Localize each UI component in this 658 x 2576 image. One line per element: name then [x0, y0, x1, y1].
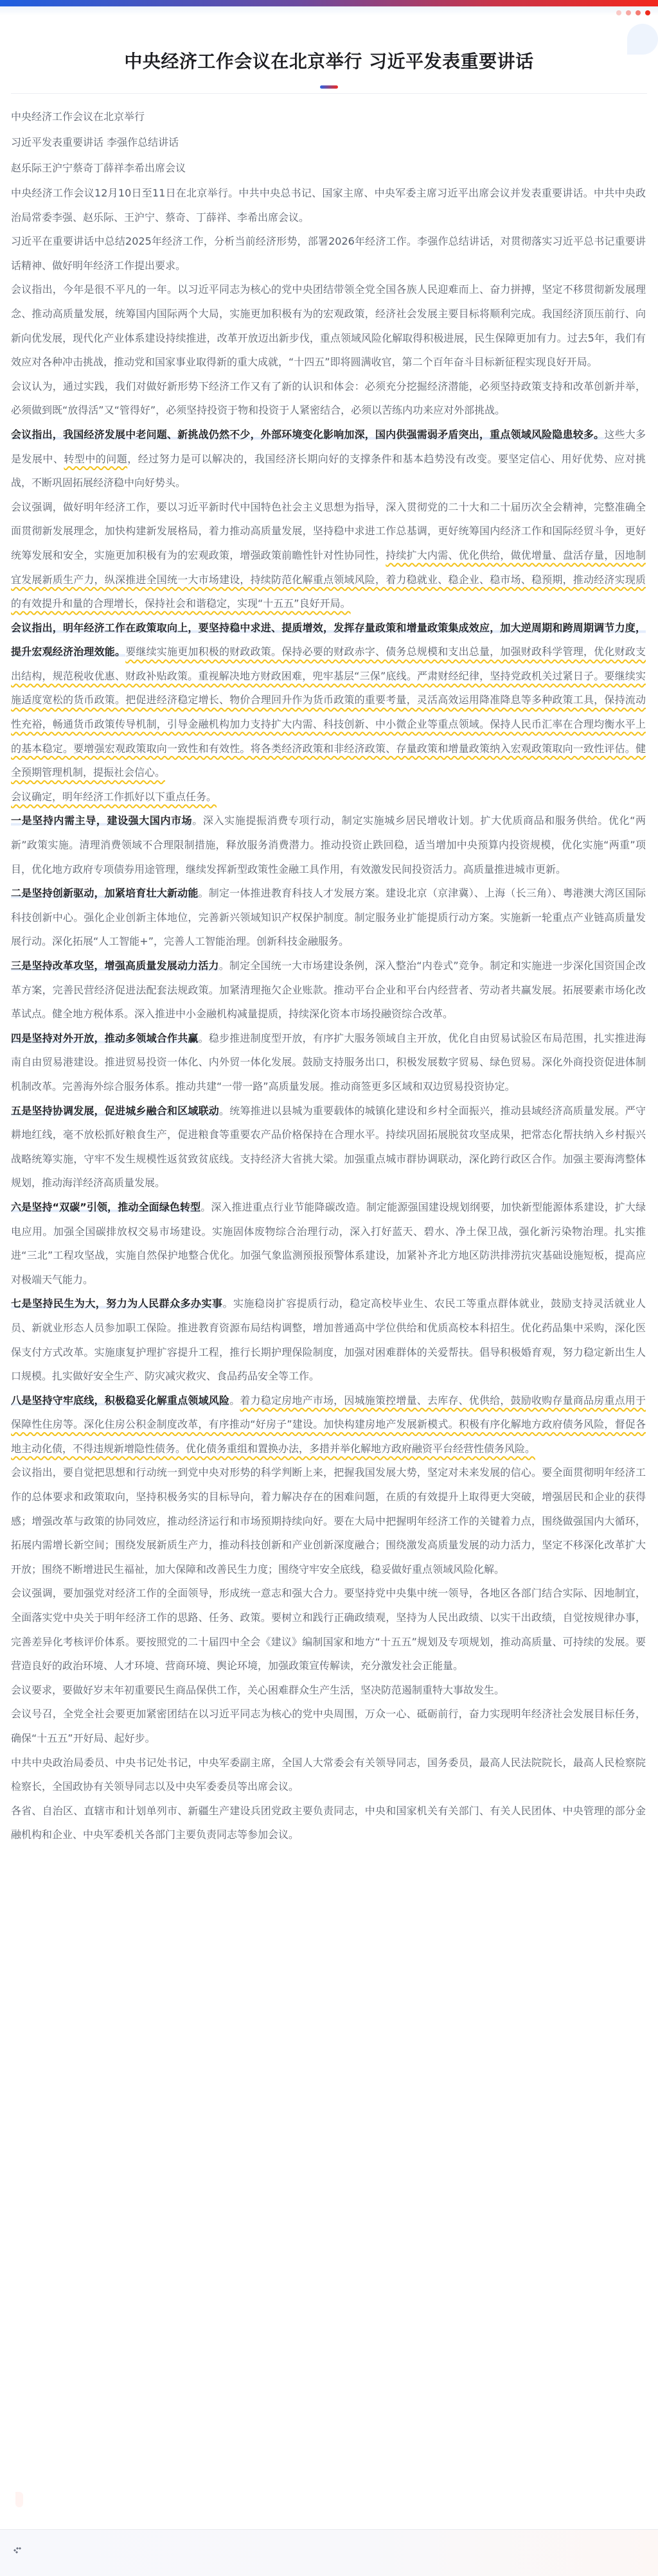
paragraph: 习近平在重要讲话中总结2025年经济工作，分析当前经济形势，部署2026年经济工…: [11, 229, 646, 277]
page-title: 中央经济工作会议在北京举行 习近平发表重要讲话: [0, 49, 658, 74]
paragraph: 会议认为，通过实践，我们对做好新形势下经济工作又有了新的认识和体会：必须充分挖掘…: [11, 374, 646, 423]
page-footer: [0, 2529, 658, 2576]
paragraph: 四是坚持对外开放，推动多领域合作共赢。稳步推进制度型开放，有序扩大服务领域自主开…: [11, 1026, 646, 1099]
paragraph: 会议要求，要做好岁末年初重要民生商品保供工作，关心困难群众生产生活，坚决防范遏制…: [11, 1678, 646, 1703]
body-text: 。统筹推进以县城为重要载体的城镇化建设和乡村全面振兴，推动县域经济高质量发展。严…: [11, 1105, 646, 1189]
dot-icon: [616, 10, 621, 15]
article-header: 中央经济工作会议在北京举行 习近平发表重要讲话: [0, 6, 658, 89]
bold-heading: 三是坚持改革攻坚，增强高质量发展动力活力: [11, 959, 219, 972]
paragraph: 会议指出，今年是很不平凡的一年。以习近平同志为核心的党中央团结带领全党全国各族人…: [11, 277, 646, 374]
paragraph-list: 中央经济工作会议12月10日至11日在北京举行。中共中央总书记、国家主席、中央军…: [11, 181, 646, 1847]
decorative-blob: [627, 24, 658, 55]
bold-heading: 四是坚持对外开放，推动多领域合作共赢: [11, 1032, 199, 1044]
bold-heading: 六是坚持“双碳”引领，推动全面绿色转型: [11, 1201, 200, 1213]
body-text: 中央经济工作会议12月10日至11日在北京举行。中共中央总书记、国家主席、中央军…: [11, 187, 646, 223]
paragraph: 会议强调，做好明年经济工作，要以习近平新时代中国特色社会主义思想为指导，深入贯彻…: [11, 495, 646, 616]
paragraph: 会议指出，明年经济工作在政策取向上，要坚持稳中求进、提质增效，发挥存量政策和增量…: [11, 616, 646, 785]
top-glow: [0, 6, 658, 15]
paragraph: 会议确定，明年经济工作抓好以下重点任务。: [11, 785, 646, 809]
body-text: 习近平在重要讲话中总结2025年经济工作，分析当前经济形势，部署2026年经济工…: [11, 235, 646, 272]
paragraph: 二是坚持创新驱动，加紧培育壮大新动能。制定一体推进教育科技人才发展方案。建设北京…: [11, 881, 646, 954]
decorative-blob-bottom: [15, 2492, 23, 2507]
top-gradient-bar: [0, 0, 658, 6]
wavy-underlined-text: 会议确定，明年经济工作抓好以下重点任务。: [11, 791, 217, 803]
bold-heading: 二是坚持创新驱动，加紧培育壮大新动能: [11, 887, 199, 899]
dot-icon: [645, 10, 650, 15]
paragraph: 八是坚持守牢底线，积极稳妥化解重点领域风险。着力稳定房地产市场，因城施策控增量、…: [11, 1389, 646, 1461]
title-accent-bar: [320, 85, 338, 89]
paragraph: 五是坚持协调发展，促进城乡融合和区域联动。统筹推进以县城为重要载体的城镇化建设和…: [11, 1099, 646, 1195]
body-text: 会议认为，通过实践，我们对做好新形势下经济工作又有了新的认识和体会：必须充分挖掘…: [11, 380, 646, 417]
body-text: 会议号召，全党全社会要更加紧密团结在以习近平同志为核心的党中央周围，万众一心、砥…: [11, 1708, 646, 1744]
paragraph: 三是坚持改革攻坚，增强高质量发展动力活力。制定全国统一大市场建设条例，深入整治“…: [11, 954, 646, 1026]
wavy-underlined-text: 要继续实施更加积极的财政政策。保持必要的财政赤字、债务总规模和支出总量，加强财政…: [11, 645, 646, 778]
body-text: 各省、自治区、直辖市和计划单列市、新疆生产建设兵团党政主要负责同志，中央和国家机…: [11, 1805, 646, 1841]
body-text: 。深入推进重点行业节能降碳改造。制定能源强国建设规划纲要，加快新型能源体系建设，…: [11, 1201, 646, 1286]
paragraph: 七是坚持民生为大，努力为人民群众多办实事。实施稳岗扩容提质行动，稳定高校毕业生、…: [11, 1292, 646, 1388]
lead-line: 中央经济工作会议在北京举行: [11, 104, 646, 130]
body-text: 中共中央政治局委员、中央书记处书记，中央军委副主席，全国人大常委会有关领导同志，…: [11, 1757, 646, 1793]
paragraph: 会议指出，要自觉把思想和行动统一到党中央对形势的科学判断上来，把握我国发展大势，…: [11, 1460, 646, 1581]
bold-heading: 会议指出，我国经济发展中老问题、新挑战仍然不少，外部环境变化影响加深，国内供强需…: [11, 428, 604, 441]
bold-heading: 八是坚持守牢底线，积极稳妥化解重点领域风险: [11, 1394, 229, 1406]
body-text: 会议指出，要自觉把思想和行动统一到党中央对形势的科学判断上来，把握我国发展大势，…: [11, 1466, 646, 1575]
decorative-dots: [616, 10, 650, 15]
body-text: 。实施稳岗扩容提质行动，稳定高校毕业生、农民工等重点群体就业，鼓励支持灵活就业人…: [11, 1297, 646, 1382]
wavy-underlined-text: 转型中的问题: [64, 453, 127, 465]
bold-heading: 七是坚持民生为大，努力为人民群众多办实事: [11, 1297, 222, 1310]
paragraph: 中央经济工作会议12月10日至11日在北京举行。中共中央总书记、国家主席、中央军…: [11, 181, 646, 229]
paragraph: 各省、自治区、直辖市和计划单列市、新疆生产建设兵团党政主要负责同志，中央和国家机…: [11, 1799, 646, 1847]
paragraph: 会议强调，要加强党对经济工作的全面领导，形成统一意志和强大合力。要坚持党中央集中…: [11, 1581, 646, 1678]
lead-lines: 中央经济工作会议在北京举行 习近平发表重要讲话 李强作总结讲话 赵乐际王沪宁蔡奇…: [11, 104, 646, 181]
paragraph: 中共中央政治局委员、中央书记处书记，中央军委副主席，全国人大常委会有关领导同志，…: [11, 1751, 646, 1799]
paragraph: 会议号召，全党全社会要更加紧密团结在以习近平同志为核心的党中央周围，万众一心、砥…: [11, 1702, 646, 1750]
dot-icon: [626, 10, 631, 15]
article-body: 中央经济工作会议在北京举行 习近平发表重要讲话 李强作总结讲话 赵乐际王沪宁蔡奇…: [0, 94, 658, 1847]
body-text: 会议强调，要加强党对经济工作的全面领导，形成统一意志和强大合力。要坚持党中央集中…: [11, 1587, 646, 1672]
body-text: 会议要求，要做好岁末年初重要民生商品保供工作，关心困难群众生产生活，坚决防范遏制…: [11, 1684, 504, 1696]
paragraph: 六是坚持“双碳”引领，推动全面绿色转型。深入推进重点行业节能降碳改造。制定能源强…: [11, 1195, 646, 1292]
dot-icon: [636, 10, 641, 15]
body-text: 会议指出，今年是很不平凡的一年。以习近平同志为核心的党中央团结带领全党全国各族人…: [11, 283, 646, 368]
lead-line: 赵乐际王沪宁蔡奇丁薛祥李希出席会议: [11, 155, 646, 181]
lead-line: 习近平发表重要讲话 李强作总结讲话: [11, 130, 646, 155]
bold-heading: 五是坚持协调发展，促进城乡融合和区域联动: [11, 1105, 219, 1117]
diamond-cluster-icon: [12, 2546, 22, 2556]
body-text: 。: [229, 1394, 240, 1406]
paragraph: 一是坚持内需主导，建设强大国内市场。深入实施提振消费专项行动，制定实施城乡居民增…: [11, 809, 646, 881]
paragraph: 会议指出，我国经济发展中老问题、新挑战仍然不少，外部环境变化影响加深，国内供强需…: [11, 423, 646, 495]
bold-heading: 一是坚持内需主导，建设强大国内市场: [11, 814, 192, 827]
